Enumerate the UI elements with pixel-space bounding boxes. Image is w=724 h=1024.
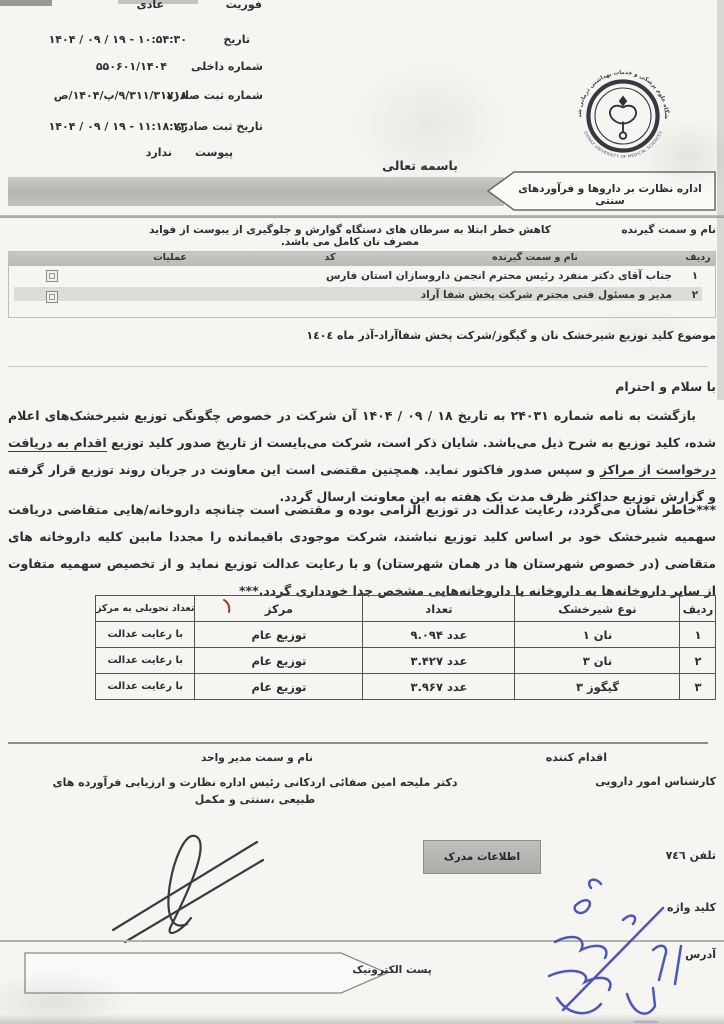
recipient-row-number: ۲ [680, 289, 710, 301]
dist-row-no: ۲ [680, 648, 716, 674]
col-header-ops: عملیات [110, 252, 230, 263]
dist-center: توزیع عام [195, 674, 363, 700]
scan-edge-artifact [0, 1014, 724, 1024]
scan-edge-artifact [717, 0, 724, 400]
date-value: ۱۰:۵۴:۳۰ - ۱۹ / ۰۹ / ۱۴۰۴ [49, 33, 187, 46]
divider-line [0, 215, 724, 218]
recipient-label: نام و سمت گیرنده [600, 224, 716, 236]
recipient-name: جناب آقای دکتر منفرد رئیس محترم انجمن دا… [300, 270, 672, 282]
initiator-label: اقدام کننده [497, 751, 607, 764]
internal-number-value: ۵۵۰۶۰۱/۱۴۰۴ [96, 60, 167, 73]
dist-delivered: با رعایت عدالت [96, 622, 195, 648]
blue-pen-annotation [535, 858, 705, 1024]
banner-gray-bar [8, 177, 504, 206]
dist-milk-type: نان ۱ [515, 622, 680, 648]
university-seal-logo: دانشگاه علوم پزشکی و خدمات بهداشتی درمان… [567, 60, 679, 172]
issue-date-label: تاریخ ثبت صادره [175, 120, 263, 133]
dist-header-delivered: تعداد تحویلی به مرکز [96, 596, 195, 622]
col-header-code: کد [270, 252, 390, 263]
issue-date-value: ۱۱:۱۸:۲۳ - ۱۹ / ۰۹ / ۱۴۰۴ [49, 120, 187, 133]
scan-edge-artifact [0, 0, 52, 6]
col-header-name: نام و سمت گیرنده [390, 252, 680, 263]
distribution-table: ردیف نوع شیرخشک تعداد مرکز تعداد تحویلی … [95, 595, 716, 700]
recipient-name: مدیر و مسئول فنی محترم شرکت پخش شفا آراد [300, 289, 672, 301]
issue-number-value: ۹/۳۱۱/۳۱۷۱۸/پ/۱۴۰۴/ص [54, 89, 187, 102]
handwritten-signature [85, 812, 325, 952]
priority-label: فوریت [226, 0, 262, 11]
dist-row-no: ۱ [680, 622, 716, 648]
date-label: تاریخ [223, 33, 250, 46]
attachment-label: پیوست [195, 146, 233, 159]
table-row: ۳ گیگوز ۳ ۳.۹۶۷ عدد توزیع عام با رعایت ع… [96, 674, 716, 700]
email-label: پست الکترونیک [337, 964, 447, 976]
dist-header-type: نوع شیرخشک [515, 596, 680, 622]
salutation: با سلام و احترام [500, 379, 716, 394]
body-paragraph-2: ***خاطر نشان می‌گردد، رعایت عدالت در توز… [8, 496, 716, 604]
scanned-letter-page: فوریت عادی تاریخ ۱۰:۵۴:۳۰ - ۱۹ / ۰۹ / ۱۴… [0, 0, 724, 1024]
dist-milk-type: نان ۳ [515, 648, 680, 674]
priority-value: عادی [137, 0, 164, 11]
document-icon[interactable] [46, 270, 58, 282]
document-info-button[interactable]: اطلاعات مدرک [423, 840, 541, 874]
dist-delivered: با رعایت عدالت [96, 674, 195, 700]
pharma-expert-label: کارشناس امور دارویی [590, 775, 716, 788]
dist-center: توزیع عام [195, 622, 363, 648]
recipient-row-number: ۱ [680, 270, 710, 282]
divider-line [8, 742, 708, 744]
dist-center: توزیع عام [195, 648, 363, 674]
dist-row-no: ۳ [680, 674, 716, 700]
dist-header-count: تعداد [363, 596, 515, 622]
department-banner-title: اداره نظارت بر داروها و فرآوردهای سنتی [508, 183, 712, 207]
red-check-annotation [220, 598, 238, 614]
dist-count: ۳.۴۲۷ عدد [363, 648, 515, 674]
dist-count: ۳.۹۶۷ عدد [363, 674, 515, 700]
dist-milk-type: گیگوز ۳ [515, 674, 680, 700]
basmala-text: باسمه تعالی [345, 158, 495, 173]
table-row: ۲ نان ۳ ۳.۴۲۷ عدد توزیع عام با رعایت عدا… [96, 648, 716, 674]
subject-line: موضوع کلید توزیع شیرخشک نان و گیگوز/شرکت… [200, 329, 716, 342]
divider-line [8, 366, 708, 367]
document-icon[interactable] [46, 291, 58, 303]
dist-delivered: با رعایت عدالت [96, 648, 195, 674]
footer-arrow-box [23, 950, 391, 996]
unit-manager-label: نام و سمت مدیر واحد [177, 752, 337, 764]
col-header-row: ردیف [680, 252, 716, 263]
dist-count: ۹.۰۹۴ عدد [363, 622, 515, 648]
table-row: ۱ نان ۱ ۹.۰۹۴ عدد توزیع عام با رعایت عدا… [96, 622, 716, 648]
p1-pre: بازگشت به نامه شماره ۲۴۰۳۱ به تاریخ ۱۸ /… [8, 408, 716, 450]
internal-number-label: شماره داخلی [191, 60, 263, 73]
attachment-value: ندارد [146, 146, 172, 159]
health-slogan: کاهش خطر ابتلا به سرطان های دستگاه گوارش… [140, 224, 560, 248]
body-paragraph-1: بازگشت به نامه شماره ۲۴۰۳۱ به تاریخ ۱۸ /… [8, 402, 716, 510]
manager-name-title: دکتر ملیحه امین صفائی اردکانی رئیس اداره… [40, 774, 470, 808]
dist-header-row: ردیف [680, 596, 716, 622]
